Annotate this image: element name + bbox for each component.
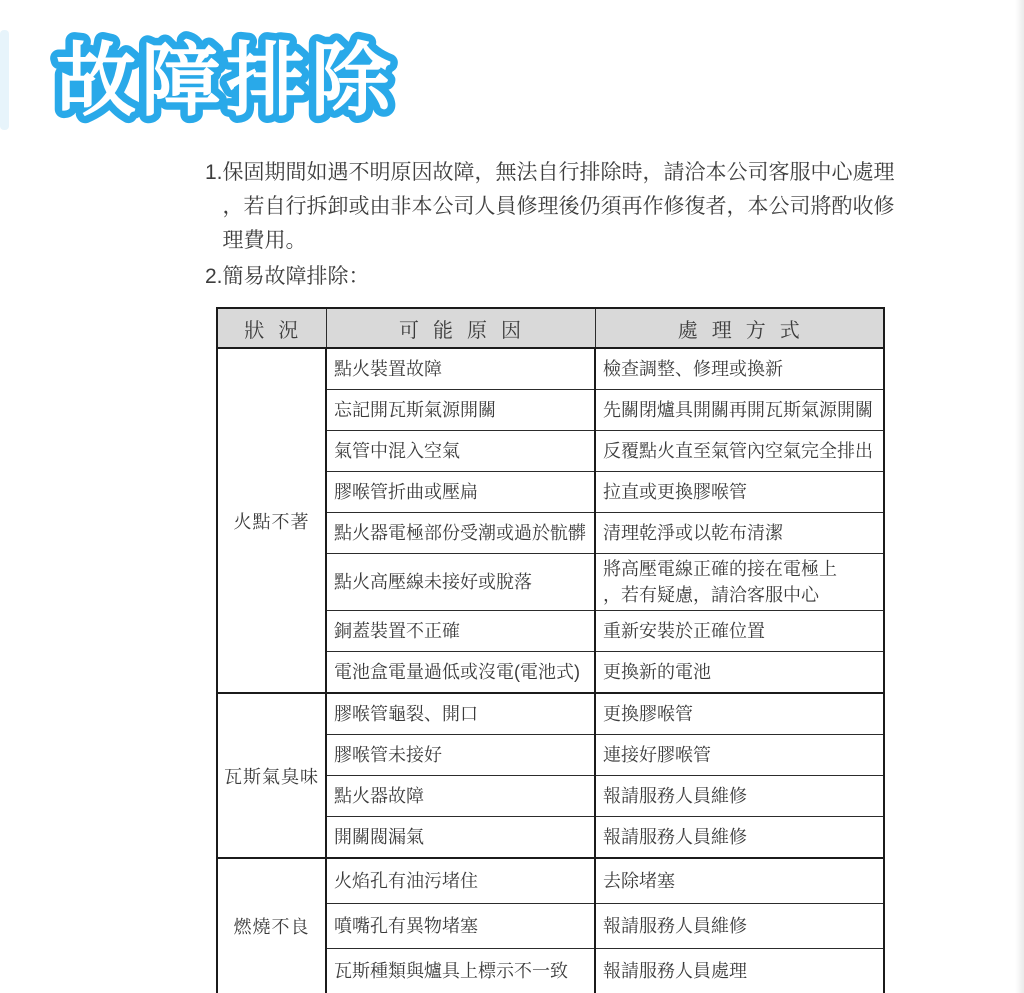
cause-cell: 忘記開瓦斯氣源開關 xyxy=(326,390,595,431)
table-header-row: 狀況 可能原因 處理方式 xyxy=(217,308,884,348)
table-row: 瓦斯氣臭味膠喉管龜裂、開口更換膠喉管 xyxy=(217,693,884,735)
action-cell: 檢查調整、修理或換新 xyxy=(595,348,884,390)
cause-cell: 瓦斯種類與爐具上標示不一致 xyxy=(326,949,595,993)
note-text: 保固期間如遇不明原因故障，無法自行排除時，請洽本公司客服中心處理 ，若自行拆卸或… xyxy=(223,156,895,258)
action-cell: 報請服務人員處理 xyxy=(595,949,884,993)
page-title-text: 故障排除 xyxy=(56,36,396,125)
action-cell: 去除堵塞 xyxy=(595,858,884,904)
cause-cell: 膠喉管未接好 xyxy=(326,735,595,776)
action-cell: 更換新的電池 xyxy=(595,652,884,694)
cause-cell: 銅蓋裝置不正確 xyxy=(326,611,595,652)
note-number: 2. xyxy=(205,260,223,294)
cause-cell: 點火器故障 xyxy=(326,776,595,817)
table-body: 火點不著點火裝置故障檢查調整、修理或換新忘記開瓦斯氣源開關先關閉爐具開關再開瓦斯… xyxy=(217,348,884,993)
note-simple-troubleshooting: 2. 簡易故障排除： xyxy=(205,260,370,294)
cause-cell: 點火器電極部份受潮或過於骯髒 xyxy=(326,513,595,554)
troubleshooting-table: 狀況 可能原因 處理方式 火點不著點火裝置故障檢查調整、修理或換新忘記開瓦斯氣源… xyxy=(216,307,885,993)
action-cell: 報請服務人員維修 xyxy=(595,904,884,949)
action-cell: 將高壓電線正確的接在電極上 ，若有疑慮，請洽客服中心 xyxy=(595,554,884,611)
table-row: 燃燒不良火焰孔有油污堵住去除堵塞 xyxy=(217,858,884,904)
table-row: 火點不著點火裝置故障檢查調整、修理或換新 xyxy=(217,348,884,390)
action-cell: 反覆點火直至氣管內空氣完全排出 xyxy=(595,431,884,472)
action-cell: 清理乾淨或以乾布清潔 xyxy=(595,513,884,554)
cause-cell: 膠喉管折曲或壓扁 xyxy=(326,472,595,513)
cause-cell: 點火裝置故障 xyxy=(326,348,595,390)
header-action: 處理方式 xyxy=(595,308,884,348)
cause-cell: 開關閥漏氣 xyxy=(326,817,595,859)
page-title: 故障排除 xyxy=(46,16,446,143)
note-number: 1. xyxy=(205,156,223,258)
action-cell: 連接好膠喉管 xyxy=(595,735,884,776)
status-cell: 瓦斯氣臭味 xyxy=(217,693,326,858)
cause-cell: 電池盒電量過低或沒電(電池式) xyxy=(326,652,595,694)
action-cell: 重新安裝於正確位置 xyxy=(595,611,884,652)
action-cell: 更換膠喉管 xyxy=(595,693,884,735)
action-cell: 報請服務人員維修 xyxy=(595,776,884,817)
cause-cell: 氣管中混入空氣 xyxy=(326,431,595,472)
note-warranty: 1. 保固期間如遇不明原因故障，無法自行排除時，請洽本公司客服中心處理 ，若自行… xyxy=(205,156,905,258)
action-cell: 報請服務人員維修 xyxy=(595,817,884,859)
cause-cell: 噴嘴孔有異物堵塞 xyxy=(326,904,595,949)
action-cell: 先關閉爐具開關再開瓦斯氣源開關 xyxy=(595,390,884,431)
status-cell: 燃燒不良 xyxy=(217,858,326,993)
cause-cell: 點火高壓線未接好或脫落 xyxy=(326,554,595,611)
manual-page: 故障排除 1. 保固期間如遇不明原因故障，無法自行排除時，請洽本公司客服中心處理… xyxy=(0,0,1024,993)
action-cell: 拉直或更換膠喉管 xyxy=(595,472,884,513)
page-edge-shadow xyxy=(1015,0,1024,993)
header-status: 狀況 xyxy=(217,308,326,348)
cause-cell: 膠喉管龜裂、開口 xyxy=(326,693,595,735)
status-cell: 火點不著 xyxy=(217,348,326,693)
cause-cell: 火焰孔有油污堵住 xyxy=(326,858,595,904)
note-text: 簡易故障排除： xyxy=(223,260,370,294)
header-cause: 可能原因 xyxy=(326,308,595,348)
title-bubble-text: 故障排除 xyxy=(46,16,446,138)
scan-artifact xyxy=(0,30,9,130)
